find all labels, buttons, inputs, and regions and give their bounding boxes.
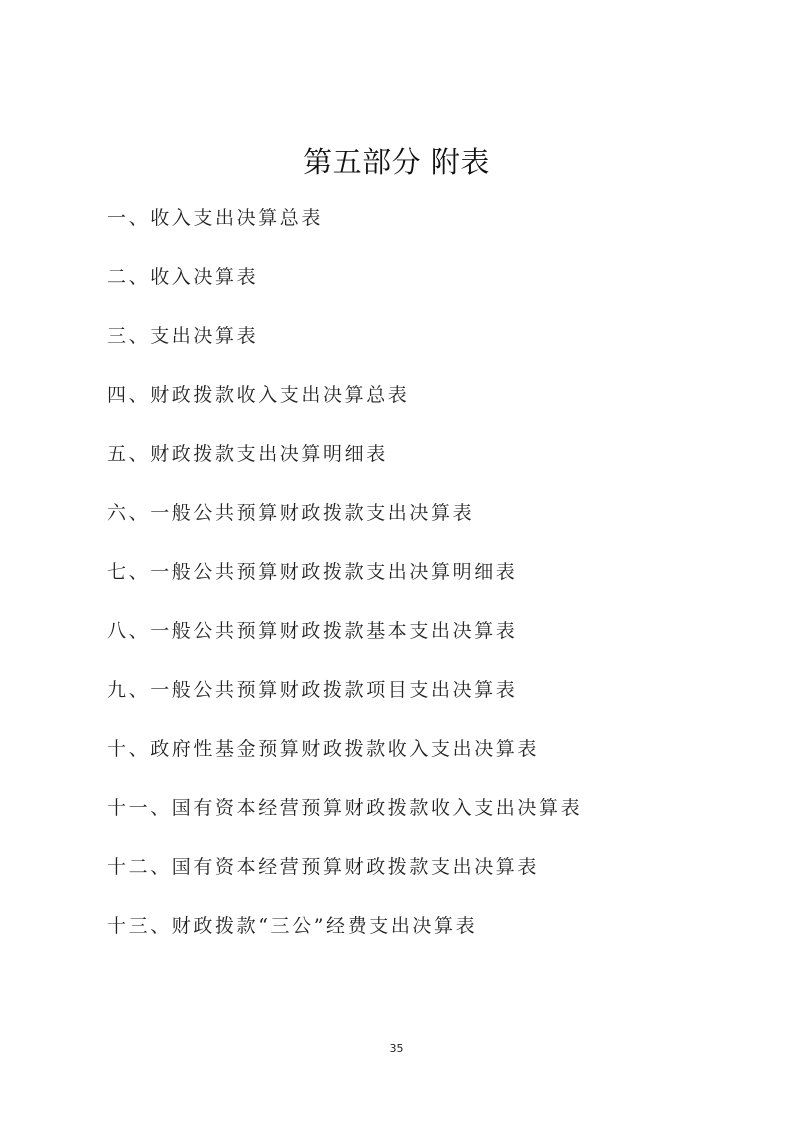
list-item: 九、一般公共预算财政拨款项目支出决算表 [107,671,582,730]
list-item: 七、一般公共预算财政拨款支出决算明细表 [107,553,582,612]
list-item: 四、财政拨款收入支出决算总表 [107,376,582,435]
list-item: 八、一般公共预算财政拨款基本支出决算表 [107,612,582,671]
page-title: 第五部分 附表 [0,142,793,182]
appendix-table-list: 一、收入支出决算总表 二、收入决算表 三、支出决算表 四、财政拨款收入支出决算总… [107,199,582,966]
list-item: 五、财政拨款支出决算明细表 [107,435,582,494]
list-item: 十二、国有资本经营预算财政拨款支出决算表 [107,848,582,907]
list-item: 二、收入决算表 [107,258,582,317]
list-item: 一、收入支出决算总表 [107,199,582,258]
list-item: 六、一般公共预算财政拨款支出决算表 [107,494,582,553]
list-item: 十、政府性基金预算财政拨款收入支出决算表 [107,730,582,789]
list-item: 十三、财政拨款“三公”经费支出决算表 [107,907,582,966]
list-item: 三、支出决算表 [107,317,582,376]
list-item: 十一、国有资本经营预算财政拨款收入支出决算表 [107,789,582,848]
page-number: 35 [0,1040,793,1058]
